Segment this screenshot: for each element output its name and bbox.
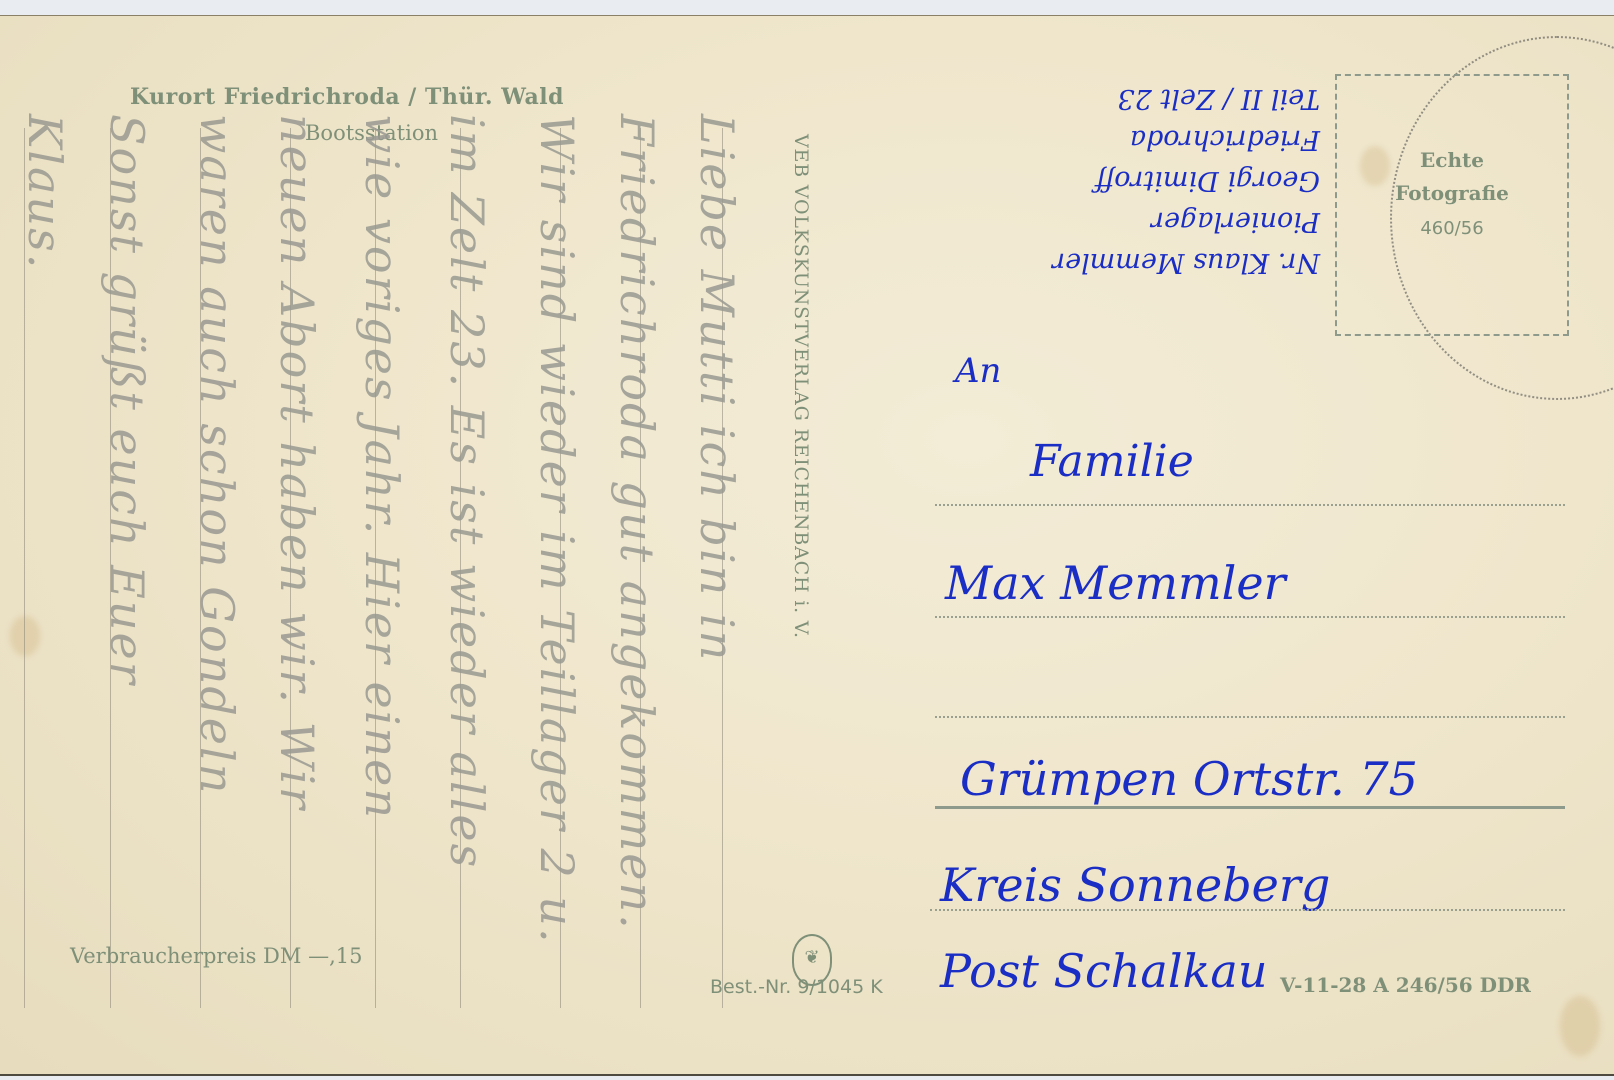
address-line-5: Post Schalkau	[940, 944, 1267, 998]
stamp-line-fotografie: Fotografie	[1337, 181, 1567, 205]
sender-line: Nr. Klaus Memmler	[950, 242, 1320, 283]
sender-line: Teil II / Zelt 23	[950, 78, 1320, 119]
address-line-1: Familie	[1030, 436, 1194, 487]
message-line: Klaus.	[18, 114, 72, 994]
address-prefix: An	[955, 351, 1001, 391]
order-number: Best.-Nr. 9/1045 K	[710, 976, 883, 998]
address-rule	[935, 806, 1565, 809]
message-line: Sonst grüßt euch Euer	[100, 114, 154, 994]
address-rule	[935, 616, 1565, 618]
publisher-text: VEB VOLKSKUNSTVERLAG REICHENBACH i. V.	[790, 134, 812, 639]
address-rule	[935, 716, 1565, 718]
stamp-line-number: 460/56	[1337, 218, 1567, 239]
message-line: neuen Abort haben wir. Wir	[270, 114, 324, 994]
sender-line: Friedrichroda	[950, 119, 1320, 160]
price-text: Verbraucherpreis DM —,15	[70, 944, 362, 968]
sender-line: Pionierlager	[950, 201, 1320, 242]
card-title: Kurort Friedrichroda / Thür. Wald	[130, 84, 564, 110]
sender-line: Georgi Dimitroff	[950, 160, 1320, 201]
paper-stain	[1560, 996, 1600, 1056]
stamp-line-echte: Echte	[1337, 148, 1567, 172]
message-line: Liebe Mutti ich bin in	[690, 114, 744, 994]
address-line-4: Kreis Sonneberg	[940, 858, 1330, 912]
sender-address: Nr. Klaus Memmler Pionierlager Georgi Di…	[950, 78, 1320, 283]
address-line-2: Max Memmler	[945, 556, 1286, 610]
print-code: V-11-28 A 246/56 DDR	[1280, 973, 1531, 997]
address-rule	[930, 909, 1565, 911]
address-line-3: Grümpen Ortstr. 75	[960, 752, 1418, 806]
message-line: wie voriges Jahr. Hier einen	[355, 114, 409, 994]
message-line: waren auch schon Gondeln	[190, 114, 244, 994]
message-line: Friedrichroda gut angekommen.	[610, 114, 664, 994]
address-rule	[935, 504, 1565, 506]
message-line: Wir sind wieder im Teillager 2 u.	[530, 114, 584, 994]
stamp-box: Echte Fotografie 460/56	[1335, 74, 1569, 336]
message-line: im Zelt 23. Es ist wieder alles	[440, 114, 494, 994]
postcard-back: Kurort Friedrichroda / Thür. Wald Bootss…	[0, 15, 1614, 1076]
